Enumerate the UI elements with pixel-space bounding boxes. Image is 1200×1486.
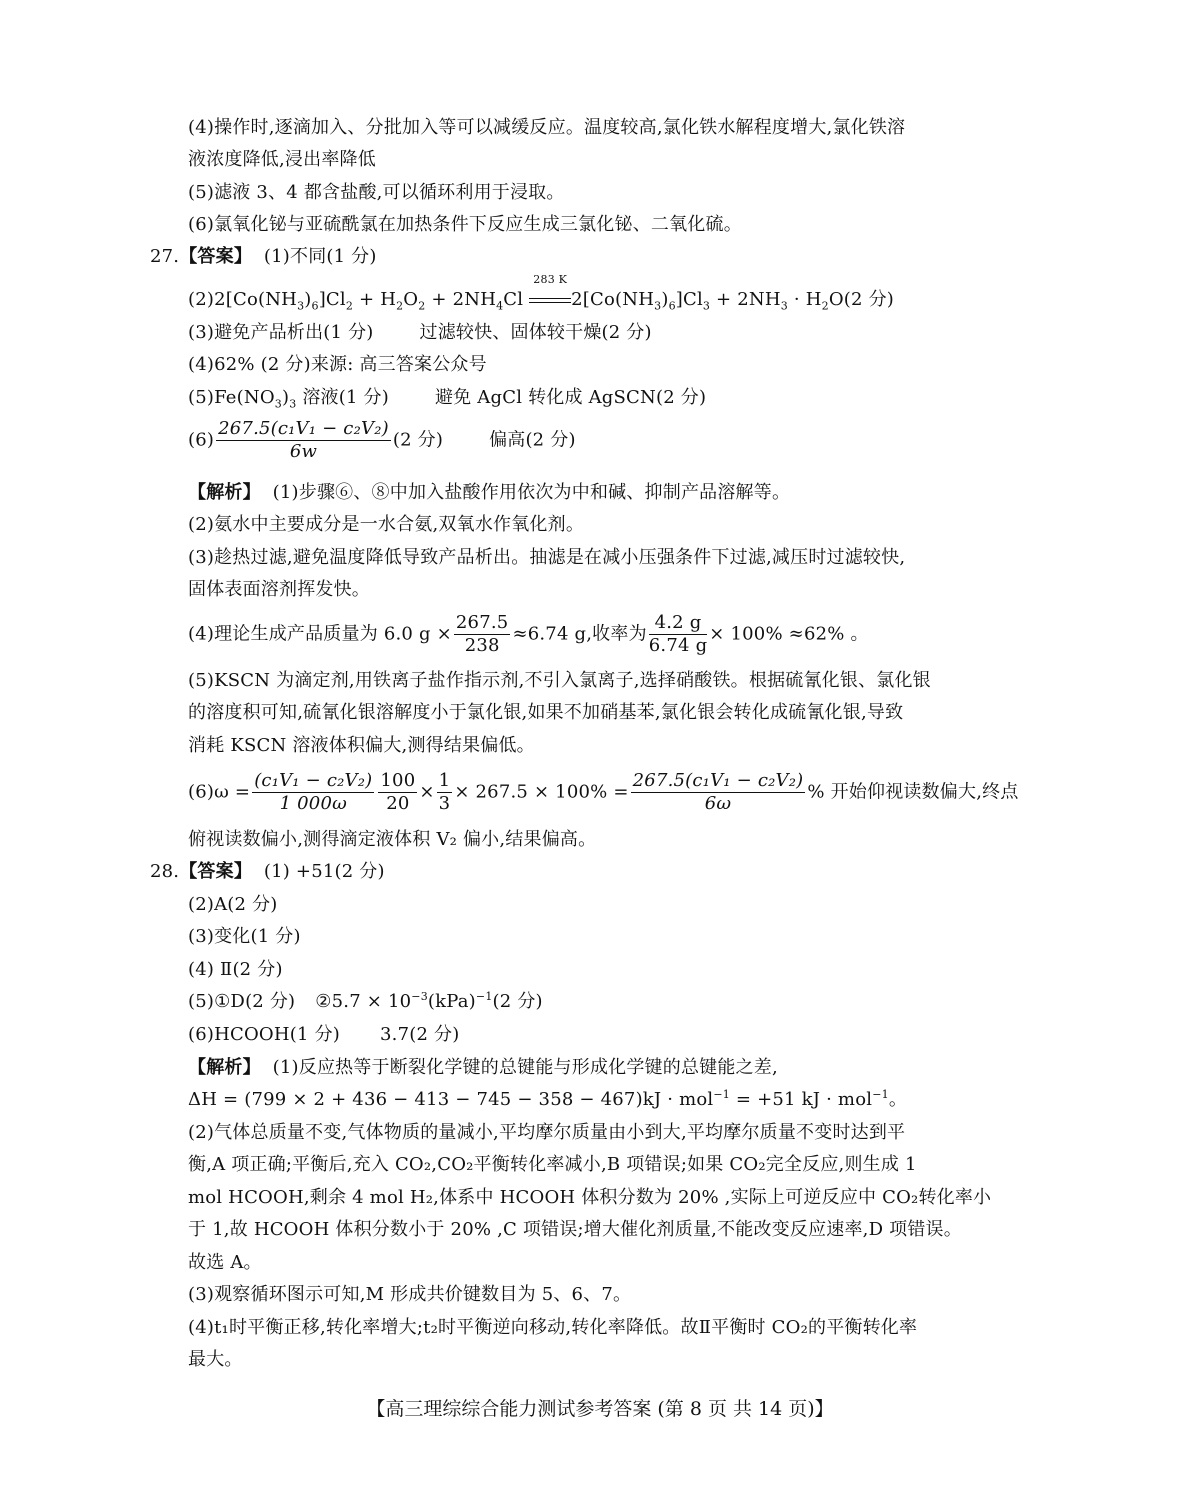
q28-answer-header: 28.【答案】 (1) +51(2 分) (150, 860, 385, 884)
q27-answer-3: (3)避免产品析出(1 分)过滤较快、固体较干燥(2 分) (188, 321, 652, 345)
question-number: 27. (150, 246, 179, 267)
q28-answer-3: (3)变化(1 分) (188, 925, 301, 949)
q27-analysis-3-line1: (3)趁热过滤,避免温度降低导致产品析出。抽滤是在减小压强条件下过滤,减压时过滤… (188, 546, 905, 570)
answer-key-page: (4)操作时,逐滴加入、分批加入等可以减缓反应。温度较高,氯化铁水解程度增大,氯… (0, 0, 1200, 1486)
q28-answer-6: (6)HCOOH(1 分)3.7(2 分) (188, 1023, 459, 1047)
q27-analysis-4: (4)理论生成产品质量为 6.0 g ×267.5238≈6.74 g,收率为4… (188, 612, 869, 657)
page-footer: 【高三理综综合能力测试参考答案 (第 8 页 共 14 页)】 (0, 1394, 1200, 1421)
q27-answer-1: (1)不同(1 分) (264, 246, 377, 267)
q26-analysis-5: (5)滤液 3、4 都含盐酸,可以循环利用于浸取。 (188, 181, 565, 205)
q26-analysis-6: (6)氯氧化铋与亚硫酰氯在加热条件下反应生成三氯化铋、二氧化硫。 (188, 213, 742, 237)
answer-tag: 【答案】 (179, 246, 252, 267)
q28-answer-5: (5)①D(2 分)②5.7 × 10−3(kPa)−1(2 分) (188, 990, 543, 1014)
q28-analysis-2-line1: (2)气体总质量不变,气体物质的量减小,平均摩尔质量由小到大,平均摩尔质量不变时… (188, 1121, 905, 1145)
q27-answer-5: (5)Fe(NO3)3 溶液(1 分)避免 AgCl 转化成 AgSCN(2 分… (188, 386, 706, 410)
q28-analysis-1-line2: ΔH = (799 × 2 + 436 − 413 − 745 − 358 − … (188, 1088, 907, 1112)
q28-analysis-4-line1: (4)t₁时平衡正移,转化率增大;t₂时平衡逆向移动,转化率降低。故Ⅱ平衡时 C… (188, 1316, 917, 1340)
q26-analysis-4-line2: 液浓度降低,浸出率降低 (188, 148, 376, 172)
reaction-arrow-condition: 283 K (529, 288, 571, 312)
q27-analysis-6-line2: 俯视读数偏小,测得滴定液体积 V₂ 偏小,结果偏高。 (188, 828, 596, 852)
fraction: 267.5(c₁V₁ − c₂V₂)6w (216, 418, 391, 463)
q26-analysis-4-line1: (4)操作时,逐滴加入、分批加入等可以减缓反应。温度较高,氯化铁水解程度增大,氯… (188, 116, 905, 140)
q28-answer-4: (4) Ⅱ(2 分) (188, 958, 283, 982)
analysis-tag: 【解析】 (188, 1057, 261, 1078)
q27-analysis-2: (2)氨水中主要成分是一水合氨,双氧水作氧化剂。 (188, 513, 584, 537)
answer-tag: 【答案】 (179, 861, 252, 882)
q28-analysis-4-line2: 最大。 (188, 1348, 243, 1372)
q27-answer-4: (4)62% (2 分)来源: 高三答案公众号 (188, 353, 487, 377)
q28-analysis-1-line1: 【解析】 (1)反应热等于断裂化学键的总键能与形成化学键的总键能之差, (188, 1056, 778, 1080)
q27-answer-header: 27.【答案】 (1)不同(1 分) (150, 245, 377, 269)
q27-analysis-5-line3: 消耗 KSCN 溶液体积偏大,测得结果偏低。 (188, 734, 535, 758)
q27-analysis-3-line2: 固体表面溶剂挥发快。 (188, 578, 370, 602)
question-number: 28. (150, 861, 179, 882)
q27-analysis-5-line1: (5)KSCN 为滴定剂,用铁离子盐作指示剂,不引入氯离子,选择硝酸铁。根据硫氰… (188, 669, 931, 693)
analysis-tag: 【解析】 (188, 482, 261, 503)
q27-analysis-6-line1: (6)ω =(c₁V₁ − c₂V₂)1 000ω10020×13× 267.5… (188, 770, 1019, 815)
q27-answer-6: (6)267.5(c₁V₁ − c₂V₂)6w(2 分)偏高(2 分) (188, 418, 576, 463)
q28-analysis-2-line3: mol HCOOH,剩余 4 mol H₂,体系中 HCOOH 体积分数为 20… (188, 1186, 991, 1210)
q27-analysis-1: 【解析】 (1)步骤⑥、⑧中加入盐酸作用依次为中和碱、抑制产品溶解等。 (188, 481, 790, 505)
q27-answer-2-equation: (2)2[Co(NH3)6]Cl2 + H2O2 + 2NH4Cl 283 K2… (188, 288, 894, 312)
q28-analysis-3: (3)观察循环图示可知,M 形成共价键数目为 5、6、7。 (188, 1283, 631, 1307)
q28-analysis-2-line4: 于 1,故 HCOOH 体积分数小于 20% ,C 项错误;增大催化剂质量,不能… (188, 1218, 962, 1242)
q27-analysis-5-line2: 的溶度积可知,硫氰化银溶解度小于氯化银,如果不加硝基苯,氯化银会转化成硫氰化银,… (188, 701, 903, 725)
q28-answer-2: (2)A(2 分) (188, 893, 278, 917)
q28-analysis-2-line5: 故选 A。 (188, 1251, 262, 1275)
q28-analysis-2-line2: 衡,A 项正确;平衡后,充入 CO₂,CO₂平衡转化率减小,B 项错误;如果 C… (188, 1153, 917, 1177)
